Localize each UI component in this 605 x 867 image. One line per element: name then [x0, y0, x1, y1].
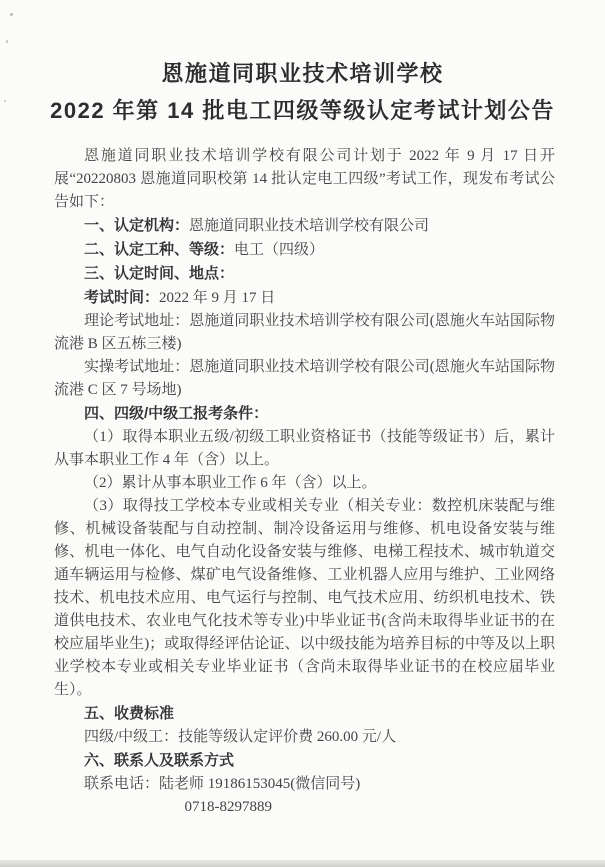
section-3-heading: 三、认定时间、地点：: [84, 265, 234, 282]
section-6-heading: 六、联系人及联系方式: [84, 752, 234, 769]
section-5-heading: 五、收费标准: [84, 705, 174, 722]
section-4-requirements: 四、四级/中级工报考条件：: [54, 402, 555, 426]
document-body: 恩施道同职业技术培训学校有限公司计划于 2022 年 9 月 17 日开展“20…: [54, 145, 555, 819]
requirement-1: （1）取得本职业五级/初级工职业资格证书（技能等级证书）后，累计从事本职业工作 …: [54, 426, 555, 472]
title-line-2: 2022 年第 14 批电工四级等级认定考试计划公告: [0, 92, 605, 129]
title-line-1: 恩施道同职业技术培训学校: [0, 55, 605, 92]
exam-time-label: 考试时间：: [84, 289, 159, 306]
section-5-fees: 五、收费标准: [54, 702, 555, 726]
section-2-heading: 二、认定工种、等级：: [84, 241, 234, 258]
section-1-certifying-body: 一、认定机构：恩施道同职业技术培训学校有限公司: [54, 214, 555, 238]
document-title: 恩施道同职业技术培训学校 2022 年第 14 批电工四级等级认定考试计划公告: [0, 55, 605, 129]
section-3-time-place: 三、认定时间、地点：: [54, 262, 555, 286]
intro-paragraph: 恩施道同职业技术培训学校有限公司计划于 2022 年 9 月 17 日开展“20…: [54, 145, 555, 214]
section-2-trade-level: 二、认定工种、等级：电工（四级）: [54, 238, 555, 262]
scan-speck: [4, 100, 6, 102]
requirement-2: （2）累计从事本职业工作 6 年（含）以上。: [54, 472, 555, 495]
section-2-value: 电工（四级）: [234, 242, 324, 258]
section-1-heading: 一、认定机构：: [84, 217, 189, 234]
section-4-heading: 四、四级/中级工报考条件：: [84, 405, 268, 422]
exam-time-value: 2022 年 9 月 17 日: [159, 290, 275, 306]
contact-phone-second: 0718-8297889: [54, 796, 555, 819]
section-6-contact: 六、联系人及联系方式: [54, 749, 555, 773]
practice-exam-address: 实操考试地址：恩施道同职业技术培训学校有限公司(恩施火车站国际物流港 C 区 7…: [54, 356, 555, 402]
contact-phone-line: 联系电话：陆老师 19186153045(微信同号): [54, 773, 555, 796]
section-1-value: 恩施道同职业技术培训学校有限公司: [189, 218, 429, 234]
document-page: 恩施道同职业技术培训学校 2022 年第 14 批电工四级等级认定考试计划公告 …: [0, 0, 605, 867]
theory-exam-address: 理论考试地址：恩施道同职业技术培训学校有限公司(恩施火车站国际物流港 B 区五栋…: [54, 310, 555, 356]
scan-speck: [10, 13, 13, 16]
fee-line: 四级/中级工：技能等级认定评价费 260.00 元/人: [54, 726, 555, 749]
exam-time-line: 考试时间：2022 年 9 月 17 日: [54, 286, 555, 310]
scan-speck: [6, 40, 8, 43]
requirement-3: （3）取得技工学校本专业或相关专业（相关专业：数控机床装配与维修、机械设备装配与…: [54, 495, 555, 702]
scan-bottom-edge: [0, 860, 605, 867]
